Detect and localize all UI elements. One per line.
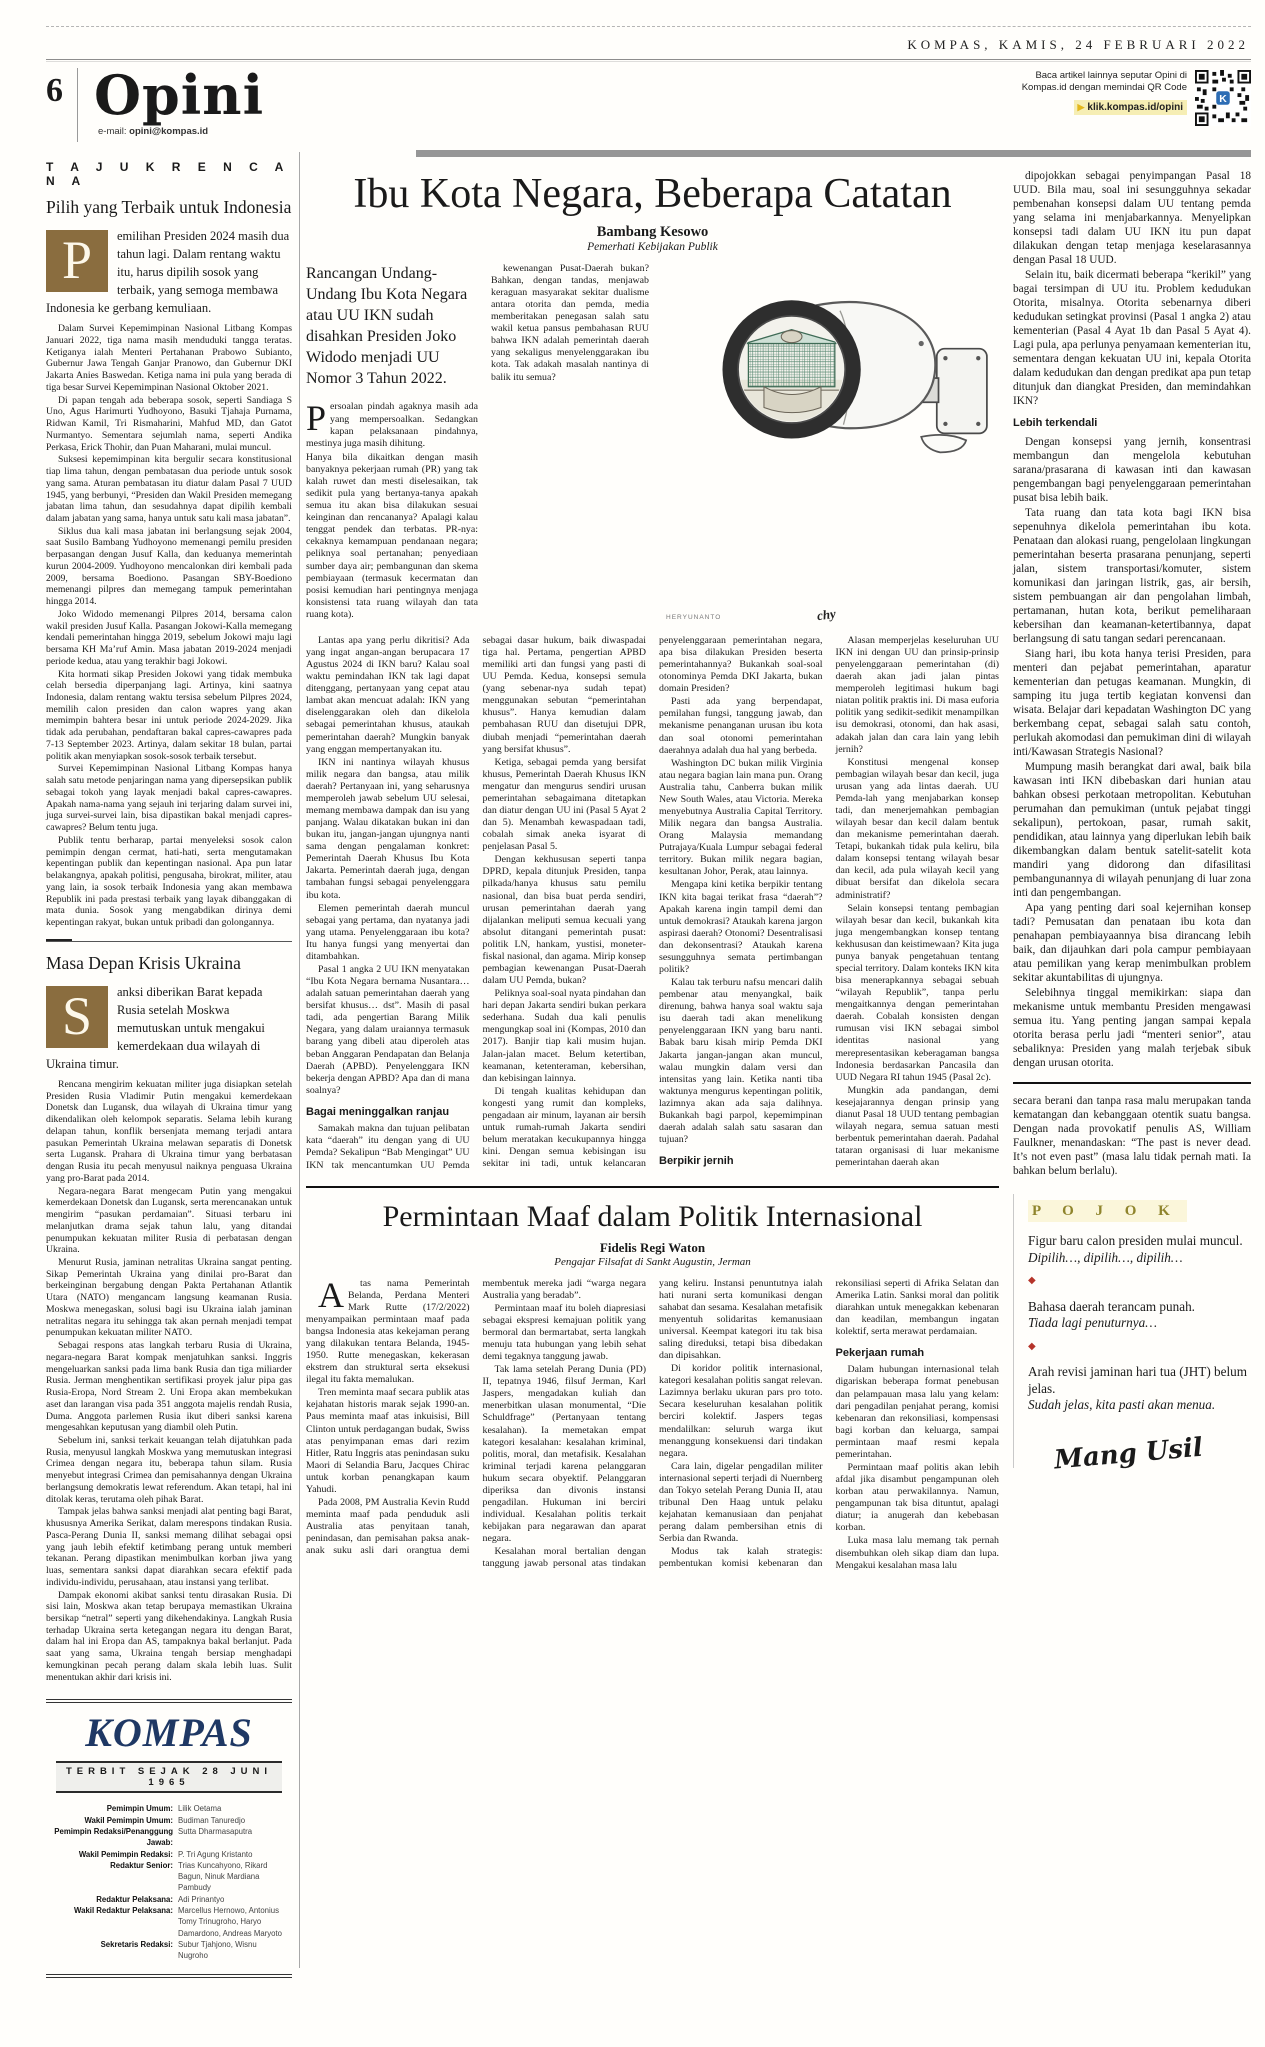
body-paragraph: Berpikir jernih xyxy=(659,1155,823,1168)
right-rail: dipojokkan sebagai penyimpangan Pasal 18… xyxy=(1013,169,1251,1572)
email-prefix: e-mail: xyxy=(98,126,129,137)
bottom-article: Permintaan Maaf dalam Politik Internasio… xyxy=(306,1186,999,1572)
body-paragraph: Dalam Survei Kepemimpinan Nasional Litba… xyxy=(46,323,292,393)
staff-role-label: Redaktur Pelaksana: xyxy=(50,1894,178,1905)
body-paragraph: Lebih terkendali xyxy=(1013,417,1251,431)
body-paragraph: Permintaan maaf politis akan lebih afdal… xyxy=(836,1462,1000,1534)
article-title: Masa Depan Krisis Ukraina xyxy=(46,954,292,973)
body-paragraph: Selain konsepsi tentang pembagian wilaya… xyxy=(836,903,1000,1084)
body-paragraph: Siklus dua kali masa jabatan ini berlang… xyxy=(46,526,292,608)
body-paragraph: Selain itu, baik dicermati beberapa “ker… xyxy=(1013,268,1251,408)
staff-names: Sutta Dharmasaputra xyxy=(178,1826,252,1849)
article-divider xyxy=(46,941,292,942)
pojok-statement: Arah revisi jaminan hari tua (JHT) belum… xyxy=(1028,1364,1251,1397)
staff-row: Wakil Pemimpin Redaksi: P. Tri Agung Kri… xyxy=(50,1849,288,1860)
author-name: Bambang Kesowo xyxy=(306,224,999,241)
staff-role-label: Wakil Pemimpin Redaksi: xyxy=(50,1849,178,1860)
staff-row: Redaktur Pelaksana: Adi Prinantyo xyxy=(50,1894,288,1905)
body-paragraph: Alasan memperjelas keseluruhan UU IKN in… xyxy=(836,635,1000,756)
qr-note: Baca artikel lainnya seputar Opini di Ko… xyxy=(997,70,1187,95)
staff-names: P. Tri Agung Kristanto xyxy=(178,1849,252,1860)
dropcap: P xyxy=(306,401,330,433)
standfirst-column: Rancangan Undang-Undang Ibu Kota Negara … xyxy=(306,263,478,623)
staff-row: Pemimpin Redaksi/Penanggung Jawab: Sutta… xyxy=(50,1826,288,1849)
top-text-column: kewenangan Pusat-Daerah bukan? Bahkan, d… xyxy=(491,263,649,623)
surveillance-lens-illustration xyxy=(662,263,999,475)
main-article: Ibu Kota Negara, Beberapa Catatan Bamban… xyxy=(306,146,1251,1572)
rail-divider xyxy=(1013,1082,1251,1084)
body-paragraph: Tren meminta maaf secara publik atas kej… xyxy=(306,1387,470,1496)
qr-promo-block: Baca artikel lainnya seputar Opini di Ko… xyxy=(997,68,1251,126)
headline-top-bar xyxy=(416,150,1251,157)
body-paragraph: Washington DC bukan milik Virginia atau … xyxy=(659,758,823,879)
body-paragraph: Sebagai respons atas langkah terbaru Rus… xyxy=(46,1340,292,1434)
qr-link[interactable]: ▶klik.kompas.id/opini xyxy=(1074,100,1188,115)
body-paragraph: Suksesi kepemimpinan kita bergulir secar… xyxy=(46,454,292,524)
body-paragraph: Elemen pemerintah daerah muncul sebagai … xyxy=(306,903,470,963)
since-banner: TERBIT SEJAK 28 JUNI 1965 xyxy=(56,1761,282,1793)
editorial-illustration: HERYUNANTO chy xyxy=(662,263,999,623)
pojok-item: Arah revisi jaminan hari tua (JHT) belum… xyxy=(1028,1364,1251,1414)
article-title: Pilih yang Terbaik untuk Indonesia xyxy=(46,198,292,217)
body-paragraph: Dengan kekhususan seperti tanpa DPRD, ke… xyxy=(483,854,647,987)
section-title: Opini xyxy=(94,68,264,122)
main-article-columns: Ibu Kota Negara, Beberapa Catatan Bamban… xyxy=(306,169,999,1572)
pojok-label: P O J O K xyxy=(1028,1200,1187,1223)
tajuk-article-2: Masa Depan Krisis Ukraina S anksi diberi… xyxy=(46,954,292,1684)
body-paragraph: dipojokkan sebagai penyimpangan Pasal 18… xyxy=(1013,169,1251,267)
staff-row: Sekretaris Redaksi: Subur Tjahjono, Wisn… xyxy=(50,1939,288,1962)
body-paragraph: Kita hormati sikap Presiden Jokowi yang … xyxy=(46,669,292,763)
body-paragraph: Di papan tengah ada beberapa sosok, sepe… xyxy=(46,395,292,454)
pojok-quip: Dipilih…, dipilih…, dipilih… xyxy=(1028,1250,1251,1267)
section-masthead: 6 Opini e-mail: opini@kompas.id Baca art… xyxy=(46,60,1251,146)
kompas-logo: KOMPAS xyxy=(50,1713,288,1753)
pojok-quip: Sudah jelas, kita pasti akan menua. xyxy=(1028,1397,1251,1414)
body-paragraph: Sebelum ini, sanksi terkait keuangan tel… xyxy=(46,1435,292,1505)
body-paragraph: Lantas apa yang perlu dikritisi? Ada yan… xyxy=(306,635,470,756)
staff-role-label: Pemimpin Redaksi/Penanggung Jawab: xyxy=(50,1826,178,1849)
byline: Bambang Kesowo Pemerhati Kebijakan Publi… xyxy=(306,224,999,253)
body-paragraph: Joko Widodo memenangi Pilpres 2014, bers… xyxy=(46,609,292,668)
body-paragraph: Dalam hubungan internasional telah digar… xyxy=(836,1364,1000,1461)
body-paragraph: Publik tentu berharap, partai menyeleksi… xyxy=(46,835,292,929)
page-number: 6 xyxy=(46,68,77,110)
standfirst: Rancangan Undang-Undang Ibu Kota Negara … xyxy=(306,263,478,390)
pojok-item: Figur baru calon presiden mulai muncul. … xyxy=(1028,1233,1251,1288)
pojok-box: P O J O K Figur baru calon presiden mula… xyxy=(1013,1194,1251,1468)
pojok-quip: Tiada lagi penuturnya… xyxy=(1028,1315,1251,1332)
email-address[interactable]: opini@kompas.id xyxy=(129,126,208,137)
body-paragraph: Dengan konsepsi yang jernih, konsentrasi… xyxy=(1013,435,1251,505)
author-name: Fidelis Regi Waton xyxy=(306,1240,999,1256)
staff-names: Marcellus Hernowo, Antonius Tomy Trinugr… xyxy=(178,1905,288,1939)
main-content-area: Ibu Kota Negara, Beberapa Catatan Bamban… xyxy=(306,146,1251,1978)
body-paragraph: kewenangan Pusat-Daerah bukan? Bahkan, d… xyxy=(491,263,649,384)
body-paragraph: Mumpung masih berangkat dari awal, baik … xyxy=(1013,760,1251,900)
bottom-article-ending: secara berani dan tanpa rasa malu merupa… xyxy=(1013,1094,1251,1178)
staff-names: Trias Kuncahyono, Rikard Bagun, Ninuk Ma… xyxy=(178,1860,288,1894)
body-paragraph: Kalau tak terburu nafsu mencari dalih pe… xyxy=(659,977,823,1146)
newspaper-page: KOMPAS, KAMIS, 24 FEBRUARI 2022 6 Opini … xyxy=(0,0,1265,2047)
pojok-items: Figur baru calon presiden mulai muncul. … xyxy=(1028,1233,1251,1414)
body-paragraph: Mungkin ada pandangan, demi kesejajarann… xyxy=(836,1085,1000,1170)
body-paragraph: Ketiga, sebagai pemda yang bersifat khus… xyxy=(483,757,647,854)
staff-names: Subur Tjahjono, Wisnu Nugroho xyxy=(178,1939,288,1962)
staff-names: Lilik Oetama xyxy=(178,1803,221,1814)
body-paragraph: Tata ruang dan tata kota bagi IKN bisa s… xyxy=(1013,506,1251,646)
staff-names: Adi Prinantyo xyxy=(178,1894,224,1905)
article-body: Rencana mengirim kekuatan militer juga d… xyxy=(46,1079,292,1683)
author-role: Pengajar Filsafat di Sankt Augustin, Jer… xyxy=(306,1256,999,1268)
body-paragraph: Tampak jelas bahwa sanksi menjadi alat p… xyxy=(46,1506,292,1588)
body-paragraph: Selebihnya tinggal memikirkan: siapa dan… xyxy=(1013,986,1251,1070)
body-paragraph: Mengapa kini ketika berpikir tentang IKN… xyxy=(659,879,823,976)
tajuk-rencana-label: T A J U K R E N C A N A xyxy=(46,160,292,188)
byline: Fidelis Regi Waton Pengajar Filsafat di … xyxy=(306,1240,999,1268)
staff-names: Budiman Tanuredjo xyxy=(178,1815,245,1826)
body-paragraph: Dampak ekonomi akibat sanksi tentu diras… xyxy=(46,1590,292,1684)
edition-date: KOMPAS, KAMIS, 24 FEBRUARI 2022 xyxy=(46,27,1251,59)
diamond-separator-icon: ◆ xyxy=(1028,1275,1251,1288)
author-role: Pemerhati Kebijakan Publik xyxy=(306,241,999,253)
body-paragraph: Bagai meninggalkan ranjau xyxy=(306,1106,470,1119)
body-paragraph: Peliknya soal-soal nyata pindahan dan ha… xyxy=(483,988,647,1085)
first-paragraph: Atas nama Pemerintah Belanda, Perdana Me… xyxy=(306,1278,470,1387)
bottom-headline: Permintaan Maaf dalam Politik Internasio… xyxy=(306,1200,999,1234)
body-paragraph: Cara lain, digelar pengadilan militer in… xyxy=(659,1461,823,1546)
article-body: Dalam Survei Kepemimpinan Nasional Litba… xyxy=(46,323,292,928)
body-paragraph: Rencana mengirim kekuatan militer juga d… xyxy=(46,1079,292,1185)
body-paragraph: Siang hari, ibu kota hanya terisi Presid… xyxy=(1013,647,1251,759)
staff-role-label: Wakil Pemimpin Umum: xyxy=(50,1815,178,1826)
staff-list: Pemimpin Umum: Lilik Oetama Wakil Pemimp… xyxy=(50,1803,288,1961)
body-paragraph: Pasal 1 angka 2 UU IKN menyatakan “Ibu K… xyxy=(306,964,470,1097)
dropcap-box: P xyxy=(46,230,108,292)
masthead-divider xyxy=(77,68,78,142)
body-paragraph: Luka masa lalu memang tak pernah disembu… xyxy=(836,1535,1000,1571)
body-paragraph: Di koridor politik internasional, katego… xyxy=(659,1363,823,1460)
section-email: e-mail: opini@kompas.id xyxy=(98,126,264,137)
publisher-masthead-box: KOMPAS TERBIT SEJAK 28 JUNI 1965 Pemimpi… xyxy=(46,1699,292,1977)
body-paragraph: Survei Kepemimpinan Nasional Litbang Kom… xyxy=(46,763,292,833)
body-paragraph: Hanya bila dikaitkan dengan masih banyak… xyxy=(306,452,478,621)
body-paragraph: Apa yang penting dari soal kejernihan ko… xyxy=(1013,901,1251,985)
staff-role-label: Wakil Redaktur Pelaksana: xyxy=(50,1905,178,1939)
main-article-rail: dipojokkan sebagai penyimpangan Pasal 18… xyxy=(1013,169,1251,1070)
staff-row: Pemimpin Umum: Lilik Oetama xyxy=(50,1803,288,1814)
pojok-statement: Bahasa daerah terancam punah. xyxy=(1028,1299,1251,1316)
staff-row: Redaktur Senior: Trias Kuncahyono, Rikar… xyxy=(50,1860,288,1894)
column-divider xyxy=(299,152,300,1968)
body-paragraph: IKN ini nantinya wilayah khusus milik ne… xyxy=(306,757,470,902)
staff-role-label: Redaktur Senior: xyxy=(50,1860,178,1894)
staff-row: Wakil Redaktur Pelaksana: Marcellus Hern… xyxy=(50,1905,288,1939)
mang-usil-signature: Mang Usil xyxy=(1053,1427,1252,1476)
pojok-statement: Figur baru calon presiden mulai muncul. xyxy=(1028,1233,1251,1250)
bottom-article-body: Atas nama Pemerintah Belanda, Perdana Me… xyxy=(306,1278,999,1572)
body-paragraph: Pekerjaan rumah xyxy=(836,1347,1000,1360)
tajuk-rencana-column: T A J U K R E N C A N A Pilih yang Terba… xyxy=(46,146,292,1978)
play-arrow-icon: ▶ xyxy=(1078,102,1085,112)
tajuk-article-1: Pilih yang Terbaik untuk Indonesia P emi… xyxy=(46,198,292,929)
pojok-item: Bahasa daerah terancam punah. Tiada lagi… xyxy=(1028,1299,1251,1354)
diamond-separator-icon: ◆ xyxy=(1028,1341,1251,1354)
dropcap-box: S xyxy=(46,986,108,1048)
illustration-credit: HERYUNANTO xyxy=(666,614,721,621)
qr-code-icon[interactable]: K xyxy=(1195,70,1251,126)
dropcap: A xyxy=(306,1278,348,1310)
body-paragraph: Tak lama setelah Perang Dunia (PD) II, t… xyxy=(483,1364,647,1545)
first-paragraph: Persoalan pindah agaknya masih ada yang … xyxy=(306,401,478,449)
body-paragraph: Pasti ada yang berpendapat, pemilahan fu… xyxy=(659,696,823,756)
body-paragraph: Permintaan maaf itu boleh diapresiasi se… xyxy=(483,1303,647,1363)
illustrator-signature: chy xyxy=(816,606,837,624)
main-headline: Ibu Kota Negara, Beberapa Catatan xyxy=(316,173,989,216)
staff-row: Wakil Pemimpin Umum: Budiman Tanuredjo xyxy=(50,1815,288,1826)
staff-role-label: Sekretaris Redaksi: xyxy=(50,1939,178,1962)
body-paragraph: Menurut Rusia, jaminan netralitas Ukrain… xyxy=(46,1257,292,1339)
staff-role-label: Pemimpin Umum: xyxy=(50,1803,178,1814)
body-paragraph: Konstitusi mengenal konsep pembagian wil… xyxy=(836,757,1000,902)
svg-text:K: K xyxy=(1219,94,1227,105)
main-article-body: Lantas apa yang perlu dikritisi? Ada yan… xyxy=(306,635,999,1172)
body-paragraph: Negara-negara Barat mengecam Putin yang … xyxy=(46,1186,292,1256)
